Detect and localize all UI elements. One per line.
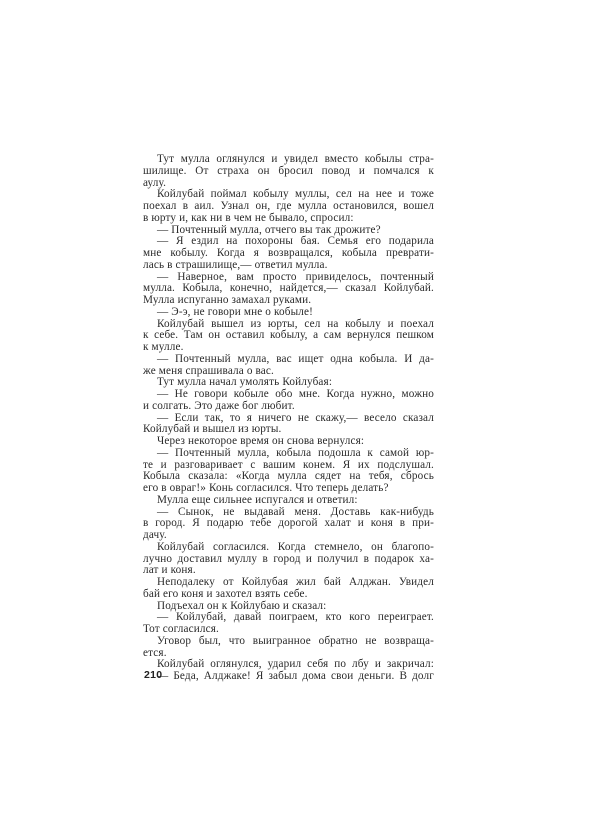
text-line: Мулла еще сильнее испугался и ответил: xyxy=(143,495,434,507)
text-line: в город. Я подарю тебе дорогой халат и к… xyxy=(143,518,434,530)
text-line: — Почтенный мулла, вас ищет одна кобыла.… xyxy=(143,354,434,366)
text-line: мне кобылу. Когда я возвращался, кобыла … xyxy=(143,248,434,260)
text-line: дачу. xyxy=(143,530,434,542)
page-body-text: Тут мулла оглянулся и увидел вместо кобы… xyxy=(143,154,434,683)
text-line: к себе. Там он оставил кобылу, а сам вер… xyxy=(143,330,434,342)
text-line: Тут мулла оглянулся и увидел вместо кобы… xyxy=(143,154,434,166)
text-line: бай его коня и захотел взять себе. xyxy=(143,589,434,601)
page-number: 210 xyxy=(144,669,162,681)
text-line: и солгать. Это даже бог любит. xyxy=(143,401,434,413)
text-line: — Э-э, не говори мне о кобыле! xyxy=(143,307,434,319)
text-line: Уговор был, что выигранное обратно не во… xyxy=(143,636,434,648)
text-line: Мулла испуганно замахал руками. xyxy=(143,295,434,307)
text-line: Неподалеку от Койлубая жил бай Алджан. У… xyxy=(143,577,434,589)
text-line: — Почтенный мулла, кобыла подошла к само… xyxy=(143,448,434,460)
text-line: его в овраг!» Конь согласился. Что тепер… xyxy=(143,483,434,495)
text-line: Койлубай согласился. Когда стемнело, он … xyxy=(143,542,434,554)
text-line: — Не говори кобыле обо мне. Когда нужно,… xyxy=(143,389,434,401)
text-line: в юрту и, как ни в чем не бывало, спроси… xyxy=(143,213,434,225)
text-line: лась в страшилище,— ответил мулла. xyxy=(143,260,434,272)
text-line: — Беда, Алджаке! Я забыл дома свои деньг… xyxy=(143,671,434,683)
text-line: шилище. От страха он бросил повод и помч… xyxy=(143,166,434,178)
text-line: Тот согласился. xyxy=(143,624,434,636)
text-line: Через некоторое время он снова вернулся: xyxy=(143,436,434,448)
text-line: поехал в аил. Узнал он, где мулла остано… xyxy=(143,201,434,213)
book-page: Тут мулла оглянулся и увидел вместо кобы… xyxy=(0,0,595,818)
text-line: к мулле. xyxy=(143,342,434,354)
